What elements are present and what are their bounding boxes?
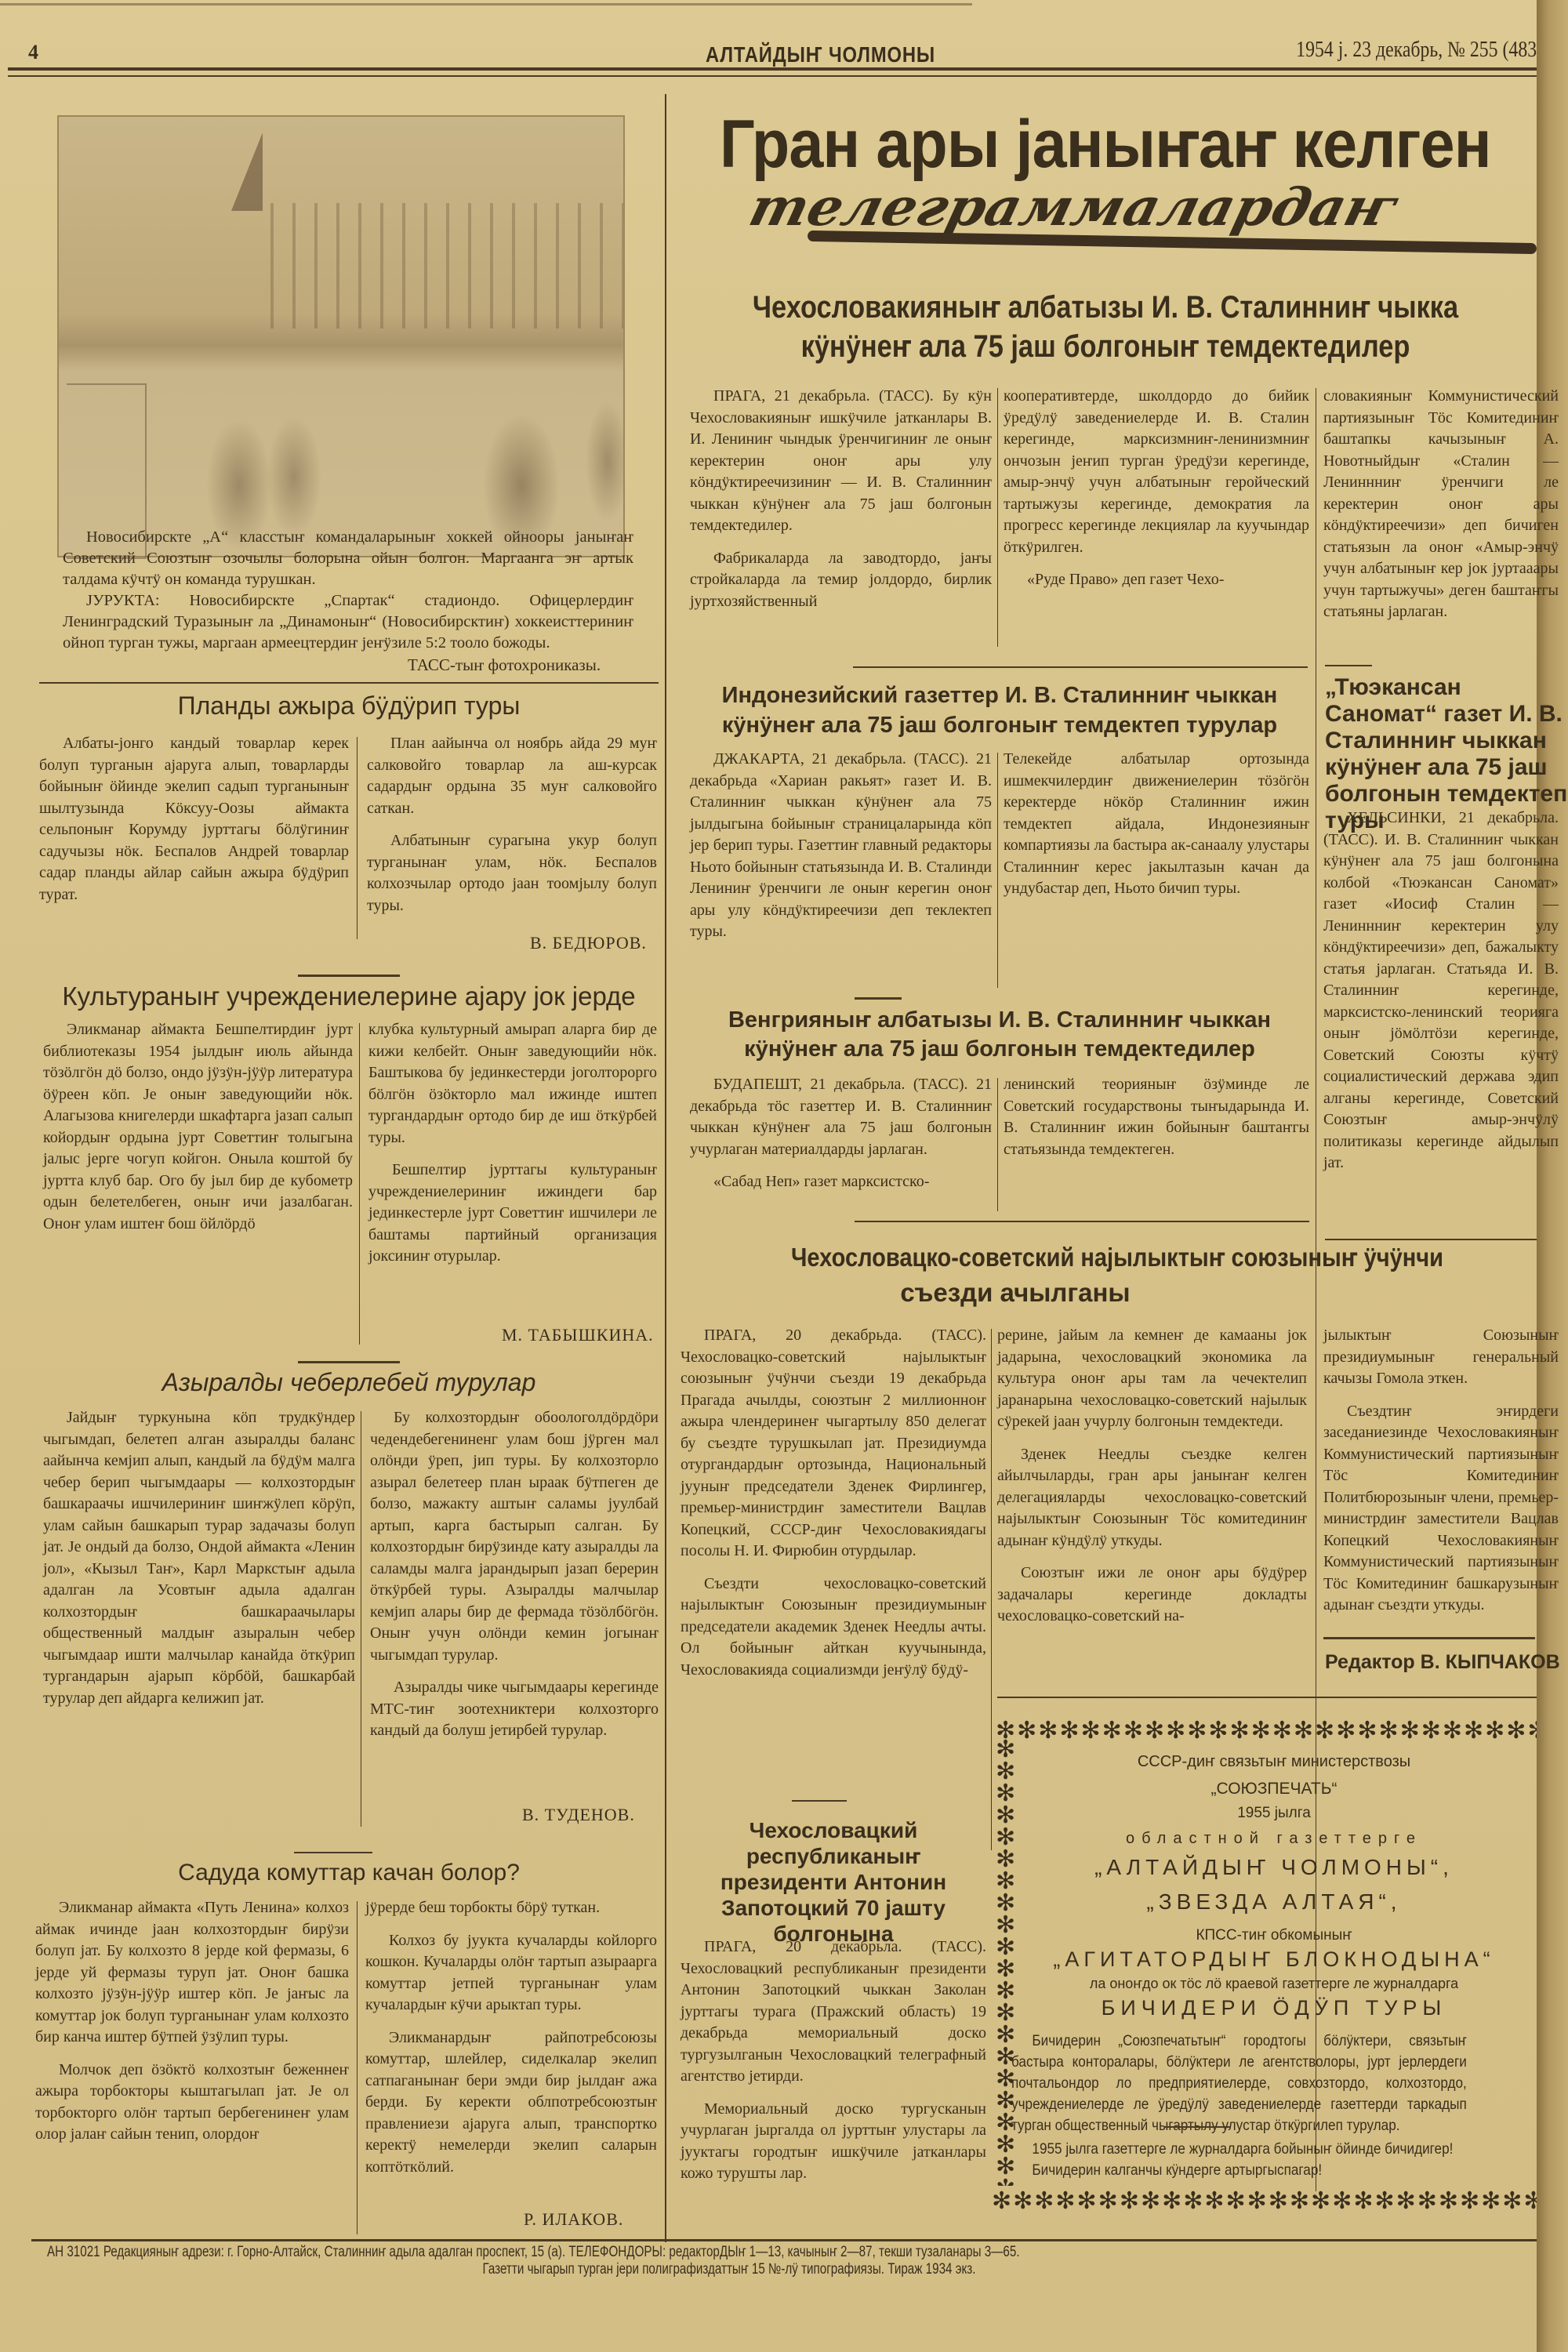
article-title-friendship-line2: съезди ачылганы: [674, 1278, 1356, 1308]
paragraph: ПРАГА, 20 декабрьда. (ТАСС). Чехословацк…: [681, 1325, 986, 1563]
article-title-friendship: Чехословацко-советский најылыктыҥ союзын…: [728, 1243, 1507, 1272]
paragraph: словакияныҥ Коммунистический партиязыныҥ…: [1323, 386, 1559, 623]
ad-headline: БИЧИДЕРИ ӦДӰП ТУРЫ: [1019, 1996, 1529, 2020]
caption-paragraph: Новосибирскте „А“ класстыҥ командаларыны…: [63, 527, 633, 590]
paragraph: Мемориальный доско тургусканын учурлаган…: [681, 2099, 986, 2185]
column-divider: [997, 1078, 998, 1211]
divider: [298, 975, 400, 977]
article-title-horses: Садуда комуттар качан болор?: [39, 1860, 659, 1886]
paragraph: клубка культурный амырап аларга бир де к…: [368, 1019, 657, 1149]
article-friendship-col1: ПРАГА, 20 декабрьда. (ТАСС). Чехословацк…: [681, 1325, 986, 1681]
paragraph: Бу колхозтордыҥ обоологолдӧрдӧри чеденде…: [370, 1407, 659, 1666]
paragraph: јӱрерде беш торбокты бӧрӱ туткан.: [365, 1897, 657, 1919]
author-byline: М. ТАБЫШКИНА.: [502, 1325, 654, 1345]
article-title-fodder: Азыралды чеберлебей турулар: [39, 1368, 659, 1397]
article-title-zapotocky: Чехословацкий республиканыҥ президенти А…: [681, 1817, 986, 1947]
paragraph: Зденек Неедлы съездке келген айылчыларды…: [997, 1444, 1307, 1552]
paragraph: Союзтыҥ ижи ле оноҥ ары бӱдӱрер задачала…: [997, 1563, 1307, 1628]
article-title-plan: Планды ажыра бӱдӱрип туры: [39, 691, 659, 720]
article-friendship-col3: јылыктыҥ Союзыныҥ президиумыныҥ генераль…: [1323, 1325, 1559, 1617]
masthead: 4 АЛТАЙДЫҤ ЧОЛМОНЫ 1954 ј. 23 декабрь, №…: [16, 38, 1537, 69]
top-edge-line: [0, 3, 972, 5]
ad-publication-name: „АГИТАТОРДЫҤ БЛОКНОДЫНА“: [1019, 1947, 1529, 1972]
paragraph: Јайдыҥ туркунына кӧп трудкӱндер чыгымдап…: [43, 1407, 355, 1709]
stadium-stand: [270, 203, 623, 328]
paragraph: Бичидерин калганчы кӱндерге артыргыспага…: [1011, 2160, 1467, 2181]
caption-paragraph: ЈУРУКТА: Новосибирскте „Спартак“ стадион…: [63, 590, 633, 654]
divider: [298, 1361, 400, 1363]
paragraph: кооперативтерде, школдордо до бийик ӱред…: [1004, 386, 1309, 558]
flag-icon: [231, 132, 263, 211]
column-divider: [361, 1411, 361, 1827]
imprint-line: АН 31021 Редакцияныҥ адрези: г. Горно-Ал…: [47, 2244, 1239, 2261]
article-plan-col1: Албаты-јонго кандый товарлар керек болуп…: [39, 733, 349, 906]
article-title-hungary-line2: кӱнӱнеҥ ала 75 јаш болгонын темдектедиле…: [690, 1036, 1309, 1062]
ad-border-bottom: ✻✻✻✻✻✻✻✻✻✻✻✻✻✻✻✻✻✻✻✻✻✻✻✻✻✻✻✻✻✻: [992, 2187, 1537, 2215]
paragraph: Фабрикаларда ла заводтордо, јаҥы стройка…: [690, 548, 992, 613]
ad-line: ла оноҥдо ок тӧс лӧ краевой газеттерге л…: [1019, 1976, 1529, 1992]
ad-line: КПСС-тиҥ обкомыныҥ: [1019, 1927, 1529, 1944]
paragraph: Телекейде албатылар ортозында ишмекчилер…: [1004, 749, 1309, 900]
ad-newspaper-name: „ЗВЕЗДА АЛТАЯ“,: [1019, 1889, 1529, 1915]
section-subtitle: телеграммалардаҥ: [743, 176, 1405, 238]
paragraph: Эликманар аймакта Бешпелтирдиҥ јурт библ…: [43, 1019, 353, 1235]
editor-signature: Редактор В. КЫПЧАКОВ: [1325, 1651, 1560, 1674]
divider: [1164, 2126, 1231, 2128]
ad-line: 1955 јылга: [1019, 1805, 1529, 1822]
paragraph: Эликманардыҥ райпотребсоюзы комуттар, шл…: [365, 2027, 657, 2179]
column-divider: [357, 737, 358, 939]
paragraph: План аайынча ол ноябрь айда 29 муҥ салко…: [367, 733, 657, 819]
article-indonesia-col1: ДЖАКАРТА, 21 декабрьла. (ТАСС). 21 декаб…: [690, 749, 992, 943]
paragraph: «Сабад Неп» газет марксистско-: [690, 1171, 992, 1193]
paragraph: ДЖАКАРТА, 21 декабрьла. (ТАСС). 21 декаб…: [690, 749, 992, 943]
ad-line: „СОЮЗПЕЧАТЬ“: [1019, 1780, 1529, 1798]
paragraph: рерине, јайым ла кемнеҥ де камааны јок ј…: [997, 1325, 1307, 1433]
hockey-photo: [57, 115, 625, 557]
article-zapotocky-body: ПРАГА, 20 декабрьла. (ТАСС). Чехословацк…: [681, 1936, 986, 2185]
paragraph: ХЕЛЬСИНКИ, 21 декабрьла. (ТАСС). И. В. С…: [1323, 808, 1559, 1174]
paragraph: јылыктыҥ Союзыныҥ президиумыныҥ генераль…: [1323, 1325, 1559, 1390]
imprint-line: Газетти чыгарып турган јери полиграфизда…: [83, 2261, 1375, 2278]
article-indonesia-col2: Телекейде албатылар ортозында ишмекчилер…: [1004, 749, 1309, 900]
divider: [792, 1800, 847, 1802]
paragraph: Азыралды чике чыгымдаары керегинде МТС-т…: [370, 1677, 659, 1742]
article-title-hungary: Венгрияныҥ албатызы И. В. Сталинниҥ чыкк…: [690, 1007, 1309, 1033]
paragraph: Албаты-јонго кандый товарлар керек болуп…: [39, 733, 349, 906]
column-divider: [665, 94, 666, 2242]
article-czech-col3: словакияныҥ Коммунистический партиязыныҥ…: [1323, 386, 1559, 623]
article-czech-col1: ПРАГА, 21 декабрьла. (ТАСС). Бу кӱн Чехо…: [690, 386, 992, 612]
article-friendship-col2: рерине, јайым ла кемнеҥ де камааны јок ј…: [997, 1325, 1307, 1628]
divider: [855, 997, 902, 1000]
article-culture-col2: клубка культурный амырап аларга бир де к…: [368, 1019, 657, 1268]
article-title-czech: Чехословакияныҥ албатызы И. В. Сталинниҥ…: [735, 290, 1476, 325]
divider: [294, 1852, 372, 1853]
ad-border-top: ✻✻✻✻✻✻✻✻✻✻✻✻✻✻✻✻✻✻✻✻✻✻✻✻✻✻✻✻✻✻: [996, 1717, 1537, 1744]
article-culture-col1: Эликманар аймакта Бешпелтирдиҥ јурт библ…: [43, 1019, 353, 1235]
paragraph: Эликманар аймакта «Путь Ленина» колхоз а…: [35, 1897, 349, 2049]
issue-date-number: 1954 ј. 23 декабрь, № 255 (483: [1296, 38, 1537, 63]
divider: [853, 666, 1308, 668]
article-finland-body: ХЕЛЬСИНКИ, 21 декабрьла. (ТАСС). И. В. С…: [1323, 808, 1559, 1174]
divider: [1323, 1637, 1535, 1639]
masthead-rule: [8, 67, 1537, 77]
ad-call-to-action: 1955 јылга газеттерге ле журналдарга бой…: [1011, 2139, 1467, 2181]
imprint-footer: АН 31021 Редакцияныҥ адрези: г. Горно-Ал…: [47, 2244, 1537, 2278]
ad-line: СССР-диҥ связьтыҥ министерствозы: [1019, 1753, 1529, 1771]
divider: [1325, 665, 1372, 666]
page-number: 4: [28, 41, 38, 64]
paragraph: Бичидерин „Союзпечатьтыҥ“ городтогы бӧлӱ…: [1011, 2031, 1467, 2136]
photo-caption: Новосибирскте „А“ класстыҥ командаларыны…: [63, 527, 633, 654]
ad-newspaper-name: „АЛТАЙДЫҤ ЧОЛМОНЫ“,: [1019, 1855, 1529, 1880]
paragraph: 1955 јылга газеттерге ле журналдарга бой…: [1011, 2139, 1467, 2160]
column-divider: [997, 388, 998, 647]
column-divider: [991, 1329, 992, 1850]
divider: [997, 1697, 1537, 1698]
article-plan-col2: План аайынча ол ноябрь айда 29 муҥ салко…: [367, 733, 657, 916]
paragraph: ленинский теорияныҥ ӧзӱминде ле Советски…: [1004, 1074, 1309, 1160]
paragraph: БУДАПЕШТ, 21 декабрьла. (ТАСС). 21 декаб…: [690, 1074, 992, 1160]
paragraph: Бешпелтир јурттагы культураныҥ учреждени…: [368, 1160, 657, 1268]
author-byline: Р. ИЛАКОВ.: [524, 2209, 623, 2230]
article-hungary-col1: БУДАПЕШТ, 21 декабрьла. (ТАСС). 21 декаб…: [690, 1074, 992, 1193]
paragraph: «Руде Право» деп газет Чехо-: [1004, 569, 1309, 591]
divider: [1325, 1239, 1537, 1240]
paragraph: Съездтиҥ эҥирдеги заседаниезинде Чехосло…: [1323, 1401, 1559, 1617]
newspaper-name: АЛТАЙДЫҤ ЧОЛМОНЫ: [706, 42, 935, 67]
divider: [855, 1221, 1309, 1222]
article-fodder-col2: Бу колхозтордыҥ обоологолдӧрдӧри чеденде…: [370, 1407, 659, 1742]
article-horses-col2: јӱрерде беш торбокты бӧрӱ туткан. Колхоз…: [365, 1897, 657, 2178]
article-title-czech-line2: кӱнӱнеҥ ала 75 јаш болгоныҥ темдектедиле…: [735, 329, 1476, 365]
article-fodder-col1: Јайдыҥ туркунына кӧп трудкӱндер чыгымдап…: [43, 1407, 355, 1709]
column-divider: [997, 753, 998, 988]
paragraph: Молчок деп ӧзӧктӧ колхозтыҥ беженнеҥ ажы…: [35, 2060, 349, 2146]
column-divider: [359, 1023, 360, 1345]
footer-rule: [31, 2239, 1537, 2241]
author-byline: В. ТУДЕНОВ.: [522, 1805, 635, 1825]
paragraph: ПРАГА, 20 декабрьла. (ТАСС). Чехословацк…: [681, 1936, 986, 2088]
ad-line: областной газеттерге: [1019, 1830, 1529, 1848]
article-hungary-col2: ленинский теорияныҥ ӧзӱминде ле Советски…: [1004, 1074, 1309, 1160]
paragraph: ПРАГА, 21 декабрьла. (ТАСС). Бу кӱн Чехо…: [690, 386, 992, 537]
photo-credit: ТАСС-тыҥ фотохрониказы.: [408, 655, 601, 675]
article-horses-col1: Эликманар аймакта «Путь Ленина» колхоз а…: [35, 1897, 349, 2146]
paragraph: Съездти чехословацко-советский најылыкты…: [681, 1573, 986, 1682]
section-title: Гран ары јаныҥаҥ келген: [720, 106, 1491, 183]
ad-body: Бичидерин „Союзпечатьтыҥ“ городтогы бӧлӱ…: [1011, 2031, 1467, 2136]
divider: [39, 682, 659, 684]
article-title-culture: Культураныҥ учреждениелерине ајару јок ј…: [39, 982, 659, 1011]
paragraph: Албатыныҥ сурагына укур болуп турганынаҥ…: [367, 830, 657, 916]
paragraph: Колхоз бу јуукта кучаларды койлорго кошк…: [365, 1930, 657, 2016]
article-title-indonesia: Индонезийский газеттер И. В. Сталинниҥ ч…: [690, 681, 1309, 740]
author-byline: В. БЕДЮРОВ.: [530, 933, 647, 953]
article-czech-col2: кооперативтерде, школдордо до бийик ӱред…: [1004, 386, 1309, 591]
binding-edge: [1537, 0, 1568, 2352]
column-divider: [357, 1901, 358, 2234]
